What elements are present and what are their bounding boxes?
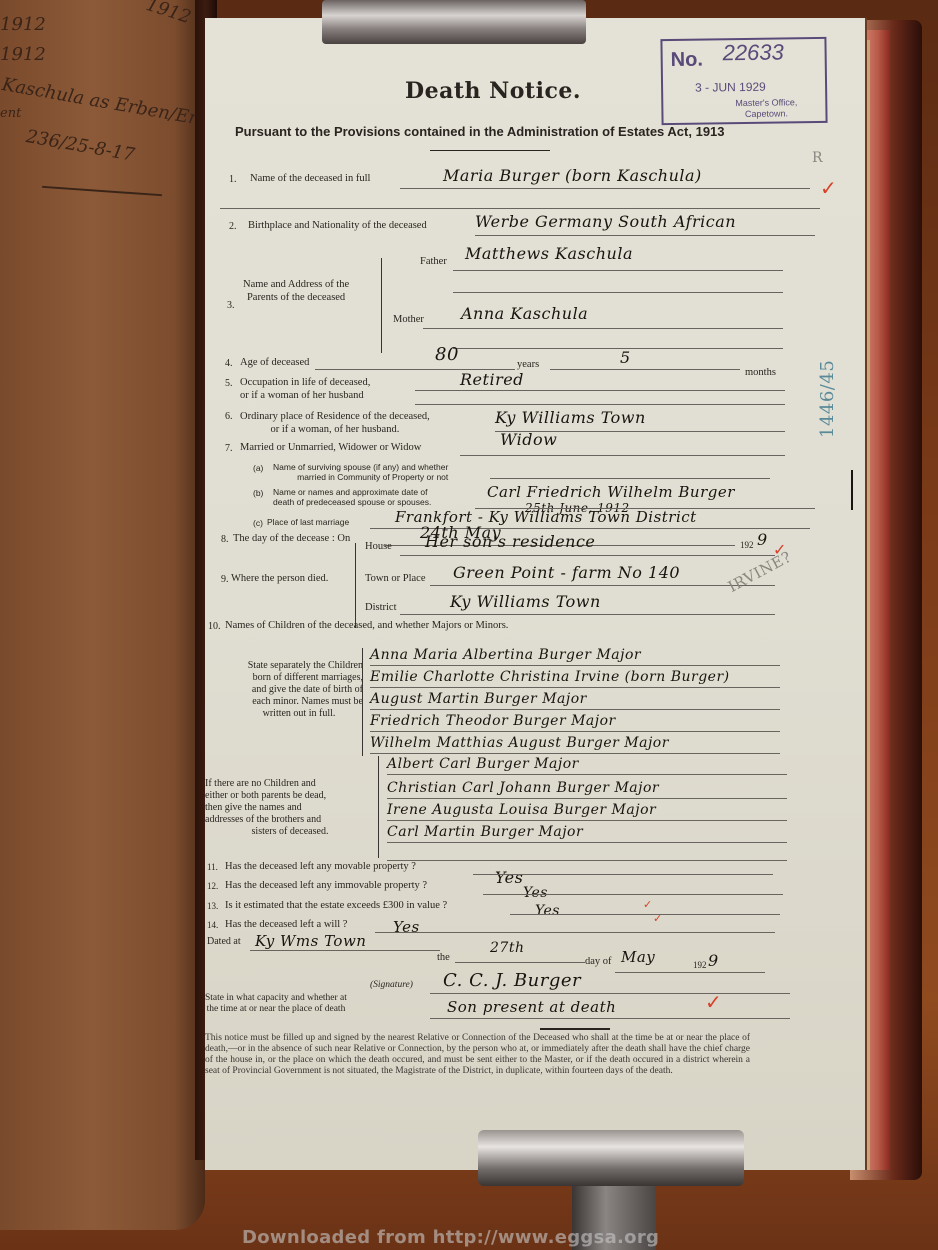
- decease-year-prefix: 192: [740, 540, 754, 550]
- metal-clip-bottom: [478, 1130, 744, 1186]
- siblings-instructions: If there are no Children and either or b…: [205, 778, 375, 838]
- spouse-b-label: Name or names and approximate date of de…: [273, 487, 431, 507]
- dated-at-line: [250, 950, 440, 951]
- q12-label: Has the deceased left any immovable prop…: [225, 880, 427, 891]
- occupation-label: Occupation in life of deceased, or if a …: [240, 376, 370, 402]
- field-number: (c): [253, 518, 263, 528]
- child-entry: August Martin Burger Major: [370, 691, 587, 707]
- form-title: Death Notice.: [405, 78, 581, 104]
- siblings-brace: [378, 756, 379, 858]
- child-line: [370, 753, 780, 754]
- father-value: Matthews Kaschula: [465, 244, 633, 263]
- field-number: 1.: [229, 174, 237, 185]
- sibling-line: [387, 820, 787, 821]
- residence-label: Ordinary place of Residence of the decea…: [240, 410, 430, 436]
- stamp-no-label: No.: [671, 49, 704, 72]
- sibling-entry: Christian Carl Johann Burger Major: [387, 780, 659, 796]
- residence-value: Ky Williams Town: [495, 408, 646, 427]
- folder-note: Kaschula as Erben/Erbin: [0, 74, 227, 134]
- field-number: 9.: [221, 574, 229, 585]
- title-divider: [430, 150, 550, 151]
- dated-month-line: [615, 972, 765, 973]
- child-entry: Wilhelm Matthias August Burger Major: [370, 735, 669, 751]
- signature-value: C. C. J. Burger: [443, 970, 581, 991]
- field-number: (b): [253, 488, 263, 498]
- child-line: [370, 731, 780, 732]
- occupation-value: Retired: [460, 370, 524, 389]
- field-number: 8.: [221, 534, 229, 545]
- field-number: 4.: [225, 358, 233, 369]
- mother-address-line: [453, 348, 783, 349]
- children-instructions: State separately the Children born of di…: [205, 660, 363, 720]
- metal-clip-top: [322, 0, 586, 44]
- q13-line: [510, 914, 780, 915]
- q11-value: Yes: [495, 868, 523, 887]
- q12-line: [483, 894, 783, 895]
- q13-label: Is it estimated that the estate exceeds …: [225, 900, 447, 911]
- field-number: 14.: [207, 920, 218, 930]
- stamp-number: 22633: [722, 39, 784, 66]
- dated-month-value: May: [621, 948, 655, 966]
- sibling-entry: Carl Martin Burger Major: [387, 824, 583, 840]
- q11-line: [473, 874, 773, 875]
- field-number: 3.: [227, 300, 235, 311]
- house-label: House: [365, 541, 392, 552]
- pencil-r-mark: R: [812, 150, 823, 166]
- married-value: Widow: [500, 430, 557, 449]
- sibling-line: [387, 798, 787, 799]
- town-line: [430, 585, 775, 586]
- father-label: Father: [420, 256, 447, 267]
- occupation-line-2: [415, 404, 785, 405]
- field-number: 6.: [225, 411, 233, 422]
- folder-underline: [42, 186, 162, 196]
- divider-line: [220, 208, 820, 209]
- years-label: years: [517, 359, 539, 370]
- source-watermark: Downloaded from http://www.eggsa.org: [242, 1227, 659, 1248]
- q12-value: Yes: [523, 885, 548, 901]
- masters-office-stamp: No. 22633 3 - JUN 1929 Master's Office, …: [660, 37, 827, 125]
- folder-left-cover: 1912 at King 1912 1912 Kaschula as Erben…: [0, 0, 205, 1230]
- filing-instructions: This notice must be filled up and signed…: [205, 1023, 750, 1077]
- age-years-value: 80: [435, 344, 459, 365]
- child-line: [370, 665, 780, 666]
- sibling-entry: Albert Carl Burger Major: [387, 756, 579, 772]
- red-tick-mark: ✓: [653, 912, 663, 925]
- spouse-b-value: Carl Friedrich Wilhelm Burger: [487, 483, 735, 501]
- children-brace: [362, 648, 363, 756]
- birthplace-value: Werbe Germany South African: [475, 212, 736, 231]
- signature-line: [430, 993, 790, 994]
- red-check-icon: ✓: [820, 176, 837, 200]
- folder-note: 236/25-8-17: [24, 126, 136, 166]
- capacity-line: [430, 1018, 790, 1019]
- birthplace-line: [475, 235, 815, 236]
- day-of-label: day of: [585, 956, 612, 967]
- name-label: Name of the deceased in full: [250, 173, 370, 184]
- q14-line: [375, 932, 775, 933]
- stamp-date: 3 - JUN 1929: [695, 80, 766, 95]
- margin-bar: [851, 470, 853, 510]
- blue-file-number: 1446/45: [817, 360, 838, 438]
- age-months-value: 5: [620, 348, 631, 367]
- q14-label: Has the deceased left a will ?: [225, 919, 347, 930]
- district-label: District: [365, 602, 397, 613]
- child-line: [370, 709, 780, 710]
- spouse-a-line: [490, 478, 770, 479]
- decease-year-suffix: 9: [757, 530, 768, 549]
- occupation-line: [415, 390, 785, 391]
- signature-label: (Signature): [370, 980, 413, 990]
- married-line: [460, 455, 785, 456]
- place-died-brace: [355, 543, 356, 628]
- mother-value: Anna Kaschula: [461, 304, 588, 323]
- spouse-c-label: Place of last marriage: [267, 517, 349, 527]
- field-number: 10.: [208, 621, 221, 632]
- months-label: months: [745, 367, 776, 378]
- child-entry: Anna Maria Albertina Burger Major: [370, 647, 641, 663]
- mother-line: [423, 328, 783, 329]
- district-line: [400, 614, 775, 615]
- field-number: 11.: [207, 862, 218, 872]
- field-number: 7.: [225, 443, 233, 454]
- birthplace-label: Birthplace and Nationality of the deceas…: [248, 220, 427, 231]
- father-address-line: [453, 292, 783, 293]
- dated-day-value: 27th: [490, 940, 524, 956]
- mother-label: Mother: [393, 314, 424, 325]
- name-line: [400, 188, 810, 189]
- children-heading: Names of Children of the deceased, and w…: [225, 620, 508, 631]
- folder-note: ent: [0, 106, 21, 121]
- father-line: [453, 270, 783, 271]
- stamp-office: Master's Office, Capetown.: [735, 97, 797, 120]
- capacity-value: Son present at death: [447, 998, 616, 1016]
- red-tick-mark: ✓: [643, 898, 653, 911]
- red-check-icon: ✓: [705, 990, 722, 1014]
- child-entry: Emilie Charlotte Christina Irvine (born …: [370, 669, 730, 685]
- q11-label: Has the deceased left any movable proper…: [225, 861, 416, 872]
- field-number: 12.: [207, 881, 218, 891]
- sibling-line: [387, 860, 787, 861]
- place-died-label: Where the person died.: [231, 573, 328, 584]
- town-label: Town or Place: [365, 573, 426, 584]
- field-number: 13.: [207, 901, 218, 911]
- district-value: Ky Williams Town: [450, 592, 601, 611]
- parents-brace: [381, 258, 382, 353]
- dated-year-prefix: 192: [693, 960, 707, 970]
- dated-at-value: Ky Wms Town: [255, 932, 366, 950]
- age-label: Age of deceased: [240, 357, 309, 368]
- decease-day-label: The day of the decease : On: [233, 533, 350, 544]
- field-number: 2.: [229, 221, 237, 232]
- sibling-entry: Irene Augusta Louisa Burger Major: [387, 802, 656, 818]
- death-notice-form: Death Notice. Pursuant to the Provisions…: [205, 18, 865, 1170]
- the-label: the: [437, 952, 450, 963]
- q14-value: Yes: [393, 918, 420, 936]
- dated-day-line: [455, 962, 585, 963]
- sibling-line: [387, 842, 787, 843]
- field-number: 5.: [225, 378, 233, 389]
- spouse-a-label: Name of surviving spouse (if any) and wh…: [273, 462, 448, 482]
- house-line: [400, 555, 775, 556]
- form-subtitle: Pursuant to the Provisions contained in …: [235, 124, 725, 139]
- name-value: Maria Burger (born Kaschula): [443, 166, 702, 185]
- house-value: Her son's residence: [425, 532, 595, 551]
- parents-label: Name and Address of the Parents of the d…: [243, 278, 349, 304]
- folder-note: 1912: [0, 44, 46, 65]
- field-number: (a): [253, 463, 263, 473]
- child-line: [370, 687, 780, 688]
- q13-value: Yes: [535, 903, 560, 919]
- dated-at-label: Dated at: [207, 936, 241, 947]
- town-value: Green Point - farm No 140: [453, 563, 680, 582]
- folder-note: 1912: [0, 14, 46, 35]
- dated-year-suffix: 9: [708, 951, 719, 970]
- sibling-line: [387, 774, 787, 775]
- capacity-label: State in what capacity and whether at th…: [205, 993, 347, 1015]
- age-months-line: [550, 369, 740, 370]
- child-entry: Friedrich Theodor Burger Major: [370, 713, 616, 729]
- married-label: Married or Unmarried, Widower or Widow: [240, 442, 421, 453]
